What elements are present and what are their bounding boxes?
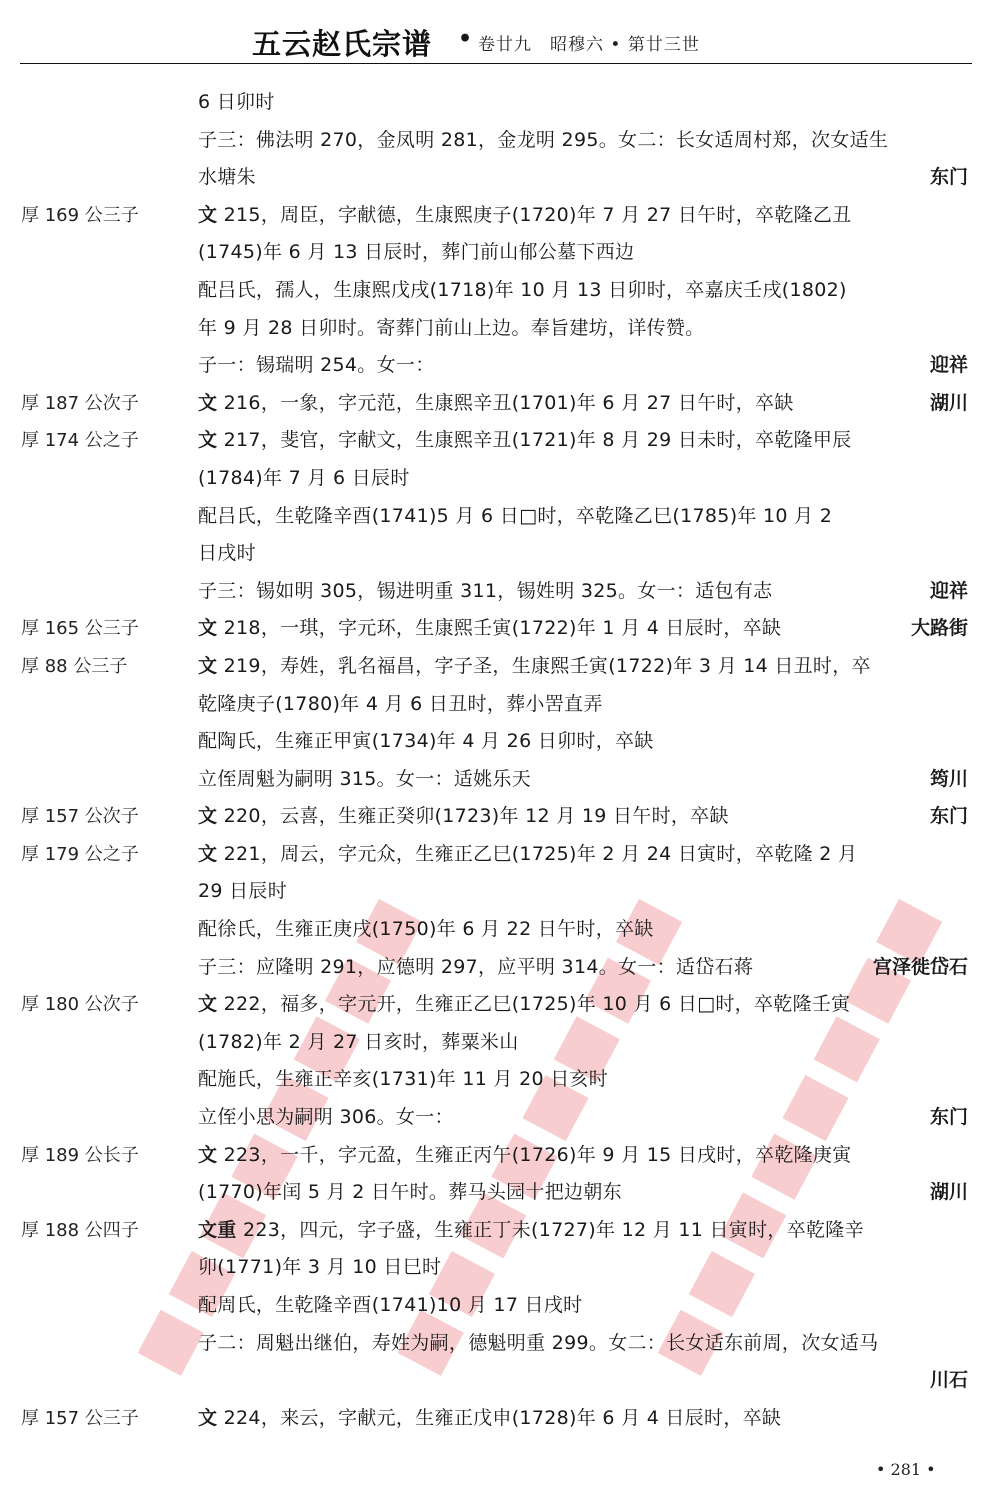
entry-body: 乾隆庚子(1780)年 4 月 6 日丑时，葬小罟直弄	[198, 693, 603, 715]
entry-text: 立侄周魁为嗣明 315。女一：适姚乐天	[198, 761, 531, 799]
parent-label: 厚 187 公次子	[21, 385, 139, 423]
entry-body: 224，来云，字献元，生雍正戊申(1728)年 6 月 4 日辰时，卒缺	[217, 1407, 781, 1429]
continuation-line: 配徐氏，生雍正庚戌(1750)年 6 月 22 日午时，卒缺	[0, 911, 992, 949]
parent-label: 厚 88 公三子	[21, 648, 127, 686]
continuation-line: 子二：周魁出继伯，寿姓为嗣，德魁明重 299。女二：长女适东前周，次女适马	[0, 1325, 992, 1363]
entry-text: 配施氏，生雍正辛亥(1731)年 11 月 20 日亥时	[198, 1061, 608, 1099]
generation-mark: 文	[198, 1144, 217, 1166]
entry-body: (1770)年闰 5 月 2 日午时。葬马头园十把边朝东	[198, 1181, 622, 1203]
entry-body: 216，一象，字元范，生康熙辛丑(1701)年 6 月 27 日午时，卒缺	[217, 392, 793, 414]
parent-label: 厚 180 公次子	[21, 986, 139, 1024]
continuation-line: 子三：应隆明 291，应德明 297，应平明 314。女一：适岱石蒋宫泽徙岱石	[0, 949, 992, 987]
continuation-line: 子三：佛法明 270，金凤明 281，金龙明 295。女二：长女适周村郑，次女适…	[0, 122, 992, 160]
entry-text: (1745)年 6 月 13 日辰时，葬门前山郁公墓下西边	[198, 234, 634, 272]
residence-place: 湖川	[930, 385, 968, 423]
parent-label: 厚 179 公之子	[21, 836, 139, 874]
entry-body: 卯(1771)年 3 月 10 日巳时	[198, 1256, 441, 1278]
entry-body: 223，一千，字元盈，生雍正丙午(1726)年 9 月 15 日戌时，卒乾隆庚寅	[217, 1144, 851, 1166]
entry-text: 文 215，周臣，字献德，生康熙庚子(1720)年 7 月 27 日午时，卒乾隆…	[198, 197, 852, 235]
entry-text: 配吕氏，生乾隆辛酉(1741)5 月 6 日□时，卒乾隆乙巳(1785)年 10…	[198, 498, 832, 536]
entry-text: 文 221，周云，字元众，生雍正乙巳(1725)年 2 月 24 日寅时，卒乾隆…	[198, 836, 857, 874]
entry-body: 223，四元，字子盛，生雍正丁未(1727)年 12 月 11 日寅时，卒乾隆辛	[237, 1219, 864, 1241]
entry-line: 厚 165 公三子文 218，一琪，字元环，生康熙壬寅(1722)年 1 月 4…	[0, 610, 992, 648]
entry-text: 卯(1771)年 3 月 10 日巳时	[198, 1249, 441, 1287]
section-title: 卷廿九 昭穆六 • 第廿三世	[478, 30, 700, 55]
continuation-line: 子三：锡如明 305，锡进明重 311，锡姓明 325。女一：适包有志迎祥	[0, 573, 992, 611]
entry-body: (1784)年 7 月 6 日辰时	[198, 467, 410, 489]
continuation-line: (1770)年闰 5 月 2 日午时。葬马头园十把边朝东湖川	[0, 1174, 992, 1212]
continuation-line: 卯(1771)年 3 月 10 日巳时	[0, 1249, 992, 1287]
entry-text: 子一：锡瑞明 254。女一：	[198, 347, 435, 385]
entry-text: 文 217，斐官，字献文，生康熙辛丑(1721)年 8 月 29 日未时，卒乾隆…	[198, 422, 852, 460]
entry-body: 218，一琪，字元环，生康熙壬寅(1722)年 1 月 4 日辰时，卒缺	[217, 617, 781, 639]
entry-body: 220，云喜，生雍正癸卯(1723)年 12 月 19 日午时，卒缺	[217, 805, 729, 827]
entry-body: 水塘朱	[198, 166, 256, 188]
residence-place: 筠川	[930, 761, 968, 799]
entry-line: 厚 188 公四子文重 223，四元，字子盛，生雍正丁未(1727)年 12 月…	[0, 1212, 992, 1250]
residence-place: 迎祥	[930, 573, 968, 611]
entry-line: 厚 157 公次子文 220，云喜，生雍正癸卯(1723)年 12 月 19 日…	[0, 798, 992, 836]
entry-text: 年 9 月 28 日卯时。寄葬门前山上边。奉旨建坊，详传赞。	[198, 310, 704, 348]
continuation-line: 立侄小思为嗣明 306。女一：东门	[0, 1099, 992, 1137]
entry-text: (1782)年 2 月 27 日亥时，葬粟米山	[198, 1024, 519, 1062]
entry-line: 厚 169 公三子文 215，周臣，字献德，生康熙庚子(1720)年 7 月 2…	[0, 197, 992, 235]
continuation-line: 29 日辰时	[0, 873, 992, 911]
generation-mark: 文	[198, 655, 217, 677]
entry-text: 文重 223，四元，字子盛，生雍正丁未(1727)年 12 月 11 日寅时，卒…	[198, 1212, 864, 1250]
parent-label: 厚 174 公之子	[21, 422, 139, 460]
continuation-line: 配施氏，生雍正辛亥(1731)年 11 月 20 日亥时	[0, 1061, 992, 1099]
parent-label: 厚 157 公次子	[21, 798, 139, 836]
entry-text: 文 218，一琪，字元环，生康熙壬寅(1722)年 1 月 4 日辰时，卒缺	[198, 610, 781, 648]
residence-place: 东门	[930, 1099, 968, 1137]
residence-place: 东门	[930, 798, 968, 836]
continuation-line: 川石	[0, 1362, 992, 1400]
entry-line: 厚 174 公之子文 217，斐官，字献文，生康熙辛丑(1721)年 8 月 2…	[0, 422, 992, 460]
entry-text: 子三：锡如明 305，锡进明重 311，锡姓明 325。女一：适包有志	[198, 573, 772, 611]
continuation-line: 乾隆庚子(1780)年 4 月 6 日丑时，葬小罟直弄	[0, 686, 992, 724]
residence-place: 东门	[930, 159, 968, 197]
entry-body: 立侄周魁为嗣明 315。女一：适姚乐天	[198, 768, 531, 790]
entry-body: 子一：锡瑞明 254。女一：	[198, 354, 435, 376]
entry-body: 217，斐官，字献文，生康熙辛丑(1721)年 8 月 29 日未时，卒乾隆甲辰	[217, 429, 851, 451]
generation-mark: 文	[198, 617, 217, 639]
entry-text: 文 219，寿姓，乳名福昌，字子圣，生康熙壬寅(1722)年 3 月 14 日丑…	[198, 648, 871, 686]
continuation-line: (1745)年 6 月 13 日辰时，葬门前山郁公墓下西边	[0, 234, 992, 272]
generation-mark: 文	[198, 843, 217, 865]
residence-place: 宫泽徙岱石	[873, 949, 968, 987]
entry-text: 文 224，来云，字献元，生雍正戊申(1728)年 6 月 4 日辰时，卒缺	[198, 1400, 781, 1438]
entry-text: (1784)年 7 月 6 日辰时	[198, 460, 410, 498]
entry-body: 子二：周魁出继伯，寿姓为嗣，德魁明重 299。女二：长女适东前周，次女适马	[198, 1332, 878, 1354]
continuation-line: 立侄周魁为嗣明 315。女一：适姚乐天筠川	[0, 761, 992, 799]
entry-body: 立侄小思为嗣明 306。女一：	[198, 1106, 454, 1128]
entry-body: 215，周臣，字献德，生康熙庚子(1720)年 7 月 27 日午时，卒乾隆乙丑	[217, 204, 851, 226]
continuation-line: 配周氏，生乾隆辛酉(1741)10 月 17 日戌时	[0, 1287, 992, 1325]
entry-text: 乾隆庚子(1780)年 4 月 6 日丑时，葬小罟直弄	[198, 686, 603, 724]
entry-text: 配吕氏，孺人，生康熙戊戌(1718)年 10 月 13 日卯时，卒嘉庆壬戌(18…	[198, 272, 847, 310]
entry-body: 219，寿姓，乳名福昌，字子圣，生康熙壬寅(1722)年 3 月 14 日丑时，…	[217, 655, 871, 677]
entry-text: 配周氏，生乾隆辛酉(1741)10 月 17 日戌时	[198, 1287, 582, 1325]
entry-text: 文 216，一象，字元范，生康熙辛丑(1701)年 6 月 27 日午时，卒缺	[198, 385, 794, 423]
continuation-line: (1784)年 7 月 6 日辰时	[0, 460, 992, 498]
entry-line: 厚 88 公三子文 219，寿姓，乳名福昌，字子圣，生康熙壬寅(1722)年 3…	[0, 648, 992, 686]
entry-body: (1782)年 2 月 27 日亥时，葬粟米山	[198, 1031, 519, 1053]
entry-text: 日戌时	[198, 535, 256, 573]
entry-body: 配周氏，生乾隆辛酉(1741)10 月 17 日戌时	[198, 1294, 582, 1316]
entry-body: 配吕氏，生乾隆辛酉(1741)5 月 6 日□时，卒乾隆乙巳(1785)年 10…	[198, 505, 832, 527]
entry-body: 子三：应隆明 291，应德明 297，应平明 314。女一：适岱石蒋	[198, 956, 753, 978]
residence-place: 大路街	[911, 610, 968, 648]
residence-place: 川石	[930, 1362, 968, 1400]
entry-body: 配吕氏，孺人，生康熙戊戌(1718)年 10 月 13 日卯时，卒嘉庆壬戌(18…	[198, 279, 847, 301]
residence-place: 迎祥	[930, 347, 968, 385]
entry-body: 配陶氏，生雍正甲寅(1734)年 4 月 26 日卯时，卒缺	[198, 730, 654, 752]
entry-line: 厚 180 公次子文 222，福多，字元开，生雍正乙巳(1725)年 10 月 …	[0, 986, 992, 1024]
continuation-line: 配吕氏，生乾隆辛酉(1741)5 月 6 日□时，卒乾隆乙巳(1785)年 10…	[0, 498, 992, 536]
continuation-line: 配吕氏，孺人，生康熙戊戌(1718)年 10 月 13 日卯时，卒嘉庆壬戌(18…	[0, 272, 992, 310]
entry-body: 子三：锡如明 305，锡进明重 311，锡姓明 325。女一：适包有志	[198, 580, 772, 602]
genealogy-entries: 6 日卯时子三：佛法明 270，金凤明 281，金龙明 295。女二：长女适周村…	[0, 84, 992, 1437]
header-rule	[20, 63, 972, 64]
entry-text: 子三：佛法明 270，金凤明 281，金龙明 295。女二：长女适周村郑，次女适…	[198, 122, 888, 160]
continuation-line: 年 9 月 28 日卯时。寄葬门前山上边。奉旨建坊，详传赞。	[0, 310, 992, 348]
entry-body: 子三：佛法明 270，金凤明 281，金龙明 295。女二：长女适周村郑，次女适…	[198, 129, 888, 151]
page-header: 五云赵氏宗谱 • 卷廿九 昭穆六 • 第廿三世	[0, 0, 992, 66]
generation-mark: 文	[198, 429, 217, 451]
entry-text: 配陶氏，生雍正甲寅(1734)年 4 月 26 日卯时，卒缺	[198, 723, 654, 761]
parent-label: 厚 157 公三子	[21, 1400, 139, 1438]
page-number: • 281 •	[876, 1460, 936, 1479]
parent-label: 厚 189 公长子	[21, 1137, 139, 1175]
entry-text: 立侄小思为嗣明 306。女一：	[198, 1099, 454, 1137]
entry-line: 厚 179 公之子文 221，周云，字元众，生雍正乙巳(1725)年 2 月 2…	[0, 836, 992, 874]
entry-body: 6 日卯时	[198, 91, 275, 113]
generation-mark: 文	[198, 392, 217, 414]
continuation-line: 配陶氏，生雍正甲寅(1734)年 4 月 26 日卯时，卒缺	[0, 723, 992, 761]
parent-label: 厚 165 公三子	[21, 610, 139, 648]
book-title: 五云赵氏宗谱	[252, 22, 432, 63]
entry-text: 6 日卯时	[198, 84, 275, 122]
generation-mark: 文	[198, 204, 217, 226]
title-separator: •	[458, 26, 472, 52]
continuation-line: 6 日卯时	[0, 84, 992, 122]
entry-body: 年 9 月 28 日卯时。寄葬门前山上边。奉旨建坊，详传赞。	[198, 317, 704, 339]
entry-line: 厚 187 公次子文 216，一象，字元范，生康熙辛丑(1701)年 6 月 2…	[0, 385, 992, 423]
generation-mark: 文	[198, 805, 217, 827]
continuation-line: (1782)年 2 月 27 日亥时，葬粟米山	[0, 1024, 992, 1062]
continuation-line: 子一：锡瑞明 254。女一：迎祥	[0, 347, 992, 385]
entry-text: (1770)年闰 5 月 2 日午时。葬马头园十把边朝东	[198, 1174, 622, 1212]
parent-label: 厚 188 公四子	[21, 1212, 139, 1250]
entry-text: 文 223，一千，字元盈，生雍正丙午(1726)年 9 月 15 日戌时，卒乾隆…	[198, 1137, 852, 1175]
entry-body: 配徐氏，生雍正庚戌(1750)年 6 月 22 日午时，卒缺	[198, 918, 654, 940]
entry-line: 厚 189 公长子文 223，一千，字元盈，生雍正丙午(1726)年 9 月 1…	[0, 1137, 992, 1175]
residence-place: 湖川	[930, 1174, 968, 1212]
parent-label: 厚 169 公三子	[21, 197, 139, 235]
entry-body: 222，福多，字元开，生雍正乙巳(1725)年 10 月 6 日□时，卒乾隆壬寅	[217, 993, 850, 1015]
entry-body: 221，周云，字元众，生雍正乙巳(1725)年 2 月 24 日寅时，卒乾隆 2…	[217, 843, 857, 865]
entry-line: 厚 157 公三子文 224，来云，字献元，生雍正戊申(1728)年 6 月 4…	[0, 1400, 992, 1438]
entry-text: 文 220，云喜，生雍正癸卯(1723)年 12 月 19 日午时，卒缺	[198, 798, 729, 836]
entry-body: 配施氏，生雍正辛亥(1731)年 11 月 20 日亥时	[198, 1068, 608, 1090]
continuation-line: 水塘朱东门	[0, 159, 992, 197]
entry-text: 29 日辰时	[198, 873, 287, 911]
generation-mark: 文	[198, 1407, 217, 1429]
generation-mark: 文	[198, 993, 217, 1015]
entry-body: 日戌时	[198, 542, 256, 564]
entry-text: 文 222，福多，字元开，生雍正乙巳(1725)年 10 月 6 日□时，卒乾隆…	[198, 986, 850, 1024]
entry-text: 配徐氏，生雍正庚戌(1750)年 6 月 22 日午时，卒缺	[198, 911, 654, 949]
generation-mark: 文重	[198, 1219, 237, 1241]
continuation-line: 日戌时	[0, 535, 992, 573]
entry-text: 子二：周魁出继伯，寿姓为嗣，德魁明重 299。女二：长女适东前周，次女适马	[198, 1325, 878, 1363]
entry-body: 29 日辰时	[198, 880, 287, 902]
entry-text: 子三：应隆明 291，应德明 297，应平明 314。女一：适岱石蒋	[198, 949, 753, 987]
entry-text: 水塘朱	[198, 159, 256, 197]
entry-body: (1745)年 6 月 13 日辰时，葬门前山郁公墓下西边	[198, 241, 634, 263]
